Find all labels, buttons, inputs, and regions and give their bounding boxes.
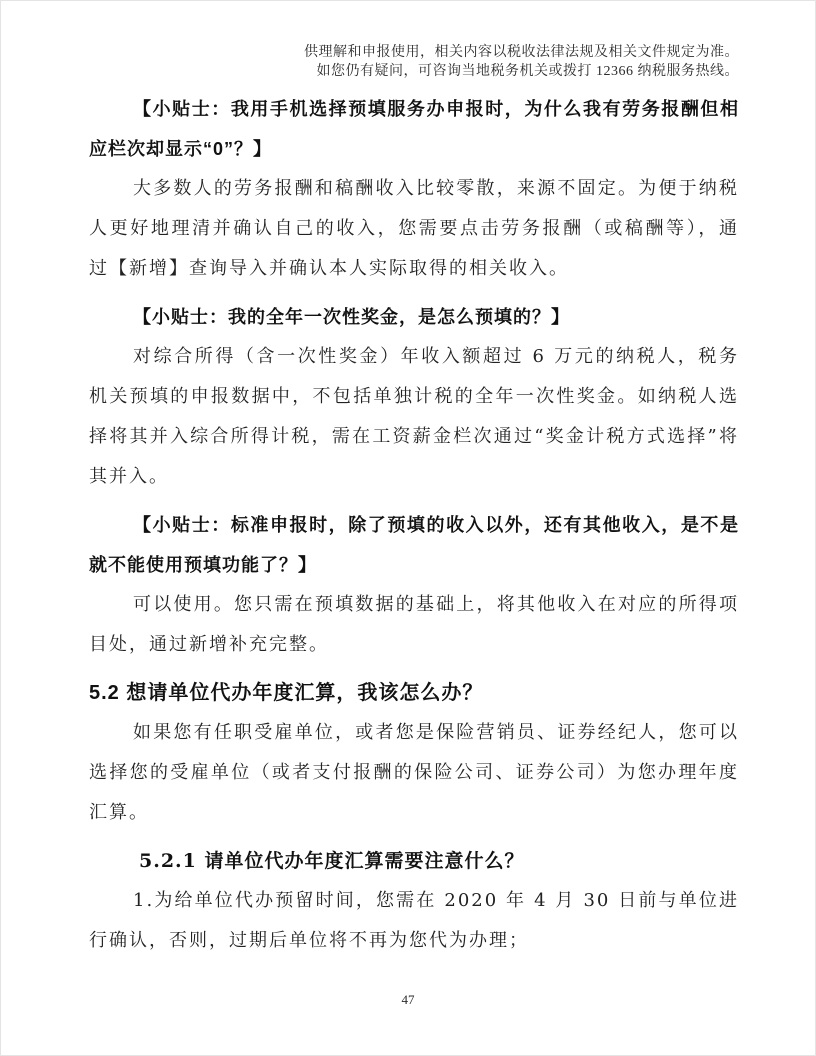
header-disclaimer: 供理解和申报使用，相关内容以税收法律法规及相关文件规定为准。 如您仍有疑问，可咨… bbox=[89, 43, 739, 81]
subsection-heading-5-2-1: 5.2.1 请单位代办年度汇算需要注意什么？ bbox=[89, 841, 739, 881]
tip-heading-2: 【小贴士：我的全年一次性奖金，是怎么预填的？】 bbox=[89, 297, 739, 337]
section-body-5-2: 如果您有任职受雇单位，或者您是保险营销员、证券经纪人，您可以选择您的受雇单位（或… bbox=[89, 713, 739, 833]
tip-heading-1: 【小贴士：我用手机选择预填服务办申报时，为什么我有劳务报酬但相应栏次却显示“0”… bbox=[89, 89, 739, 169]
header-disclaimer-line-1: 供理解和申报使用，相关内容以税收法律法规及相关文件规定为准。 bbox=[89, 43, 739, 62]
tip-body-2: 对综合所得（含一次性奖金）年收入额超过 6 万元的纳税人，税务机关预填的申报数据… bbox=[89, 337, 739, 497]
document-page: 供理解和申报使用，相关内容以税收法律法规及相关文件规定为准。 如您仍有疑问，可咨… bbox=[0, 0, 816, 1056]
section-heading-5-2: 5.2 想请单位代办年度汇算，我该怎么办？ bbox=[89, 673, 739, 713]
tip-body-3: 可以使用。您只需在预填数据的基础上，将其他收入在对应的所得项目处，通过新增补充完… bbox=[89, 585, 739, 665]
page-content: 供理解和申报使用，相关内容以税收法律法规及相关文件规定为准。 如您仍有疑问，可咨… bbox=[1, 1, 815, 961]
header-disclaimer-line-2: 如您仍有疑问，可咨询当地税务机关或拨打 12366 纳税服务热线。 bbox=[89, 62, 739, 81]
page-number: 47 bbox=[1, 992, 815, 1008]
tip-heading-3: 【小贴士：标准申报时，除了预填的收入以外，还有其他收入，是不是就不能使用预填功能… bbox=[89, 505, 739, 585]
subsection-5-2-1-item-1: 1.为给单位代办预留时间，您需在 2020 年 4 月 30 日前与单位进行确认… bbox=[89, 881, 739, 961]
tip-body-1: 大多数人的劳务报酬和稿酬收入比较零散，来源不固定。为便于纳税人更好地理清并确认自… bbox=[89, 169, 739, 289]
